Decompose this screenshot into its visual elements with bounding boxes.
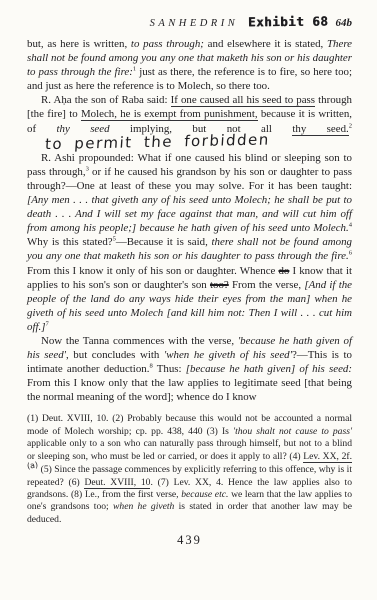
footnote-marker: 4 xyxy=(349,222,352,229)
footnote-marker: 7 xyxy=(45,320,48,327)
handwritten-ref-mark: (a) xyxy=(27,462,39,469)
text-segment: From this I know it only of his son or d… xyxy=(27,265,278,277)
page-header: SANHEDRIN Exhibit 68 64b xyxy=(27,14,352,32)
struck-out-word: do xyxy=(278,265,289,277)
exhibit-stamp: Exhibit 68 xyxy=(248,14,328,30)
text-segment: Thus: xyxy=(153,363,186,375)
text-segment: Why is this stated? xyxy=(27,236,113,248)
hand-underlined-text: thy seed. xyxy=(292,123,348,136)
hand-underlined-text: Deut. XVIII, 10 xyxy=(84,477,150,489)
footnotes-section: (1) Deut. XVIII, 10. (2) Probably becaus… xyxy=(27,413,352,526)
text-segment: thy seed xyxy=(56,123,109,135)
text-segment: Now the Tanna commences with the verse, xyxy=(41,335,238,347)
page-number: 439 xyxy=(27,533,352,548)
text-segment: but, as here is written, xyxy=(27,38,131,50)
paragraph: R. Aḥa the son of Raba said: If one caus… xyxy=(27,93,352,150)
paragraph: but, as here is written, to pass through… xyxy=(27,37,352,93)
text-segment: because etc. xyxy=(181,489,228,500)
text-segment: , but concludes with xyxy=(66,349,164,361)
paragraph: Now the Tanna commences with the verse, … xyxy=(27,334,352,404)
folio-number: 64b xyxy=(336,17,353,29)
paragraph: (1) Deut. XVIII, 10. (2) Probably becaus… xyxy=(27,413,352,526)
tractate-title: SANHEDRIN xyxy=(150,18,239,29)
hand-underlined-text: Molech, he is exempt from punishment, xyxy=(81,108,258,121)
text-segment: From this I know only that the law appli… xyxy=(27,377,352,403)
text-segment: when he giveth xyxy=(113,501,174,512)
paragraph: R. Ashi propounded: What if one caused h… xyxy=(27,151,352,334)
scanned-book-page: SANHEDRIN Exhibit 68 64b but, as here is… xyxy=(0,0,377,600)
text-segment: 'when he giveth of his seed' xyxy=(164,349,292,361)
text-segment: R. Aḥa the son of Raba said: xyxy=(41,94,171,106)
hand-underlined-text: If one caused all his seed to pass xyxy=(171,94,315,107)
hand-underlined-text: Lev. XX, 2f. xyxy=(303,451,352,463)
handwritten-annotation: to permit the forbidden xyxy=(27,133,271,150)
footnote-marker: 6 xyxy=(349,250,352,257)
text-segment: 'thou shalt not cause to pass' xyxy=(233,426,352,437)
text-segment: —Because it is said, xyxy=(116,236,212,248)
text-segment: [because he hath given] of his seed: xyxy=(186,363,352,375)
text-segment: to pass through; xyxy=(131,38,204,50)
text-segment: From the verse, xyxy=(229,279,305,291)
body-text: but, as here is written, to pass through… xyxy=(27,37,352,404)
struck-out-word: too? xyxy=(210,279,229,291)
text-segment: [Any men . . . that giveth any of his se… xyxy=(27,194,352,234)
footnote-marker: 2 xyxy=(349,122,352,129)
text-segment: and elsewhere it is stated, xyxy=(204,38,327,50)
